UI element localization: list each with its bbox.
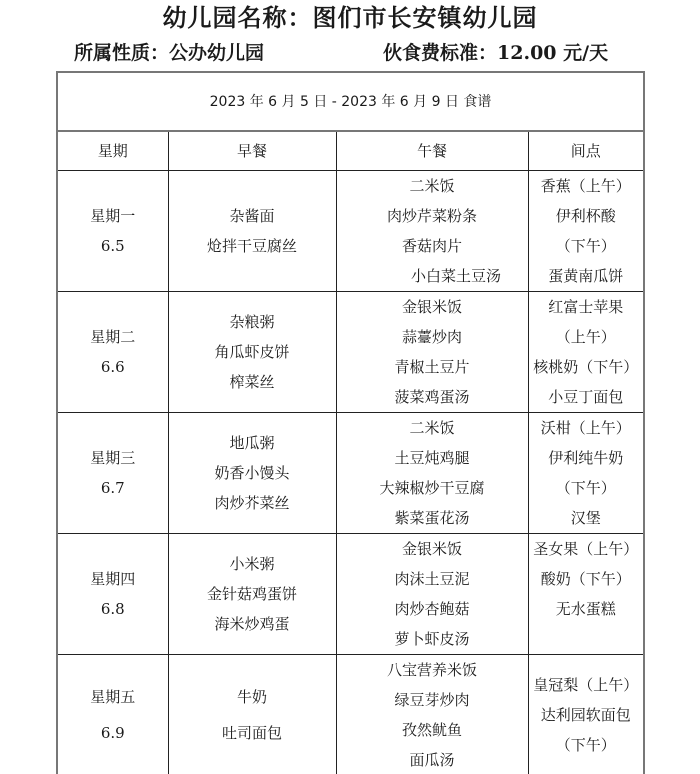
lunch-item: 青椒土豆片 — [337, 352, 528, 382]
snack-item: 伊利纯牛奶 — [529, 443, 644, 473]
table-row-monday: 星期一 6.5 杂酱面 炝拌干豆腐丝 二米饭 肉炒芹菜粉条 香菇肉片 小白菜土豆… — [57, 171, 644, 292]
lunch-item: 金银米饭 — [337, 534, 528, 564]
table-row-wednesday: 星期三 6.7 地瓜粥 奶香小馒头 肉炒芥菜丝 二米饭 土豆炖鸡腿 大辣椒炒干豆… — [57, 413, 644, 534]
snack-item: 圣女果（上午） — [529, 534, 644, 564]
snack-item: 伊利杯酸 — [529, 201, 644, 231]
breakfast-item: 牛奶 — [169, 679, 336, 715]
snack-item: 核桃奶（下午） — [529, 352, 644, 382]
snack-item: 沃柑（上午） — [529, 413, 644, 443]
lunch-item: 肉炒杏鲍菇 — [337, 594, 528, 624]
lunch-item: 蒜薹炒肉 — [337, 322, 528, 352]
snack-cell: 香蕉（上午） 伊利杯酸 （下午） 蛋黄南瓜饼 — [528, 171, 644, 292]
nature-value: 公办幼儿园 — [169, 42, 264, 64]
breakfast-item: 杂粮粥 — [169, 307, 336, 337]
weekday-date: 6.7 — [58, 473, 168, 503]
breakfast-item: 杂酱面 — [169, 201, 336, 231]
meal-fee-standard: 伙食费标准：12.00 元/天 — [383, 39, 608, 67]
lunch-item: 肉沫土豆泥 — [337, 564, 528, 594]
breakfast-cell: 杂粮粥 角瓜虾皮饼 榨菜丝 — [168, 292, 336, 413]
lunch-item: 土豆炖鸡腿 — [337, 443, 528, 473]
date-range-title: 2023 年 6 月 5 日 - 2023 年 6 月 9 日 食谱 — [57, 72, 644, 131]
weekday-label: 星期五 — [58, 679, 168, 715]
column-header-row: 星期 早餐 午餐 间点 — [57, 131, 644, 171]
fee-value: 12.00 — [497, 42, 557, 64]
breakfast-cell: 地瓜粥 奶香小馒头 肉炒芥菜丝 — [168, 413, 336, 534]
snack-cell: 皇冠梨（上午） 达利园软面包 （下午） — [528, 655, 644, 774]
weekday-label: 星期四 — [58, 564, 168, 594]
weekday-date: 6.6 — [58, 352, 168, 382]
lunch-item: 二米饭 — [337, 413, 528, 443]
weekday-cell: 星期五 6.9 — [57, 655, 168, 774]
weekday-date: 6.8 — [58, 594, 168, 624]
lunch-item: 孜然鱿鱼 — [337, 715, 528, 745]
lunch-cell: 二米饭 土豆炖鸡腿 大辣椒炒干豆腐 紫菜蛋花汤 — [336, 413, 528, 534]
breakfast-item: 炝拌干豆腐丝 — [169, 231, 336, 261]
weekday-date: 6.5 — [58, 231, 168, 261]
column-header-snack: 间点 — [528, 131, 644, 171]
lunch-item: 面瓜汤 — [337, 745, 528, 774]
fee-unit: 元/天 — [557, 42, 609, 64]
table-row-thursday: 星期四 6.8 小米粥 金针菇鸡蛋饼 海米炒鸡蛋 金银米饭 肉沫土豆泥 肉炒杏鲍… — [57, 534, 644, 655]
weekday-cell: 星期一 6.5 — [57, 171, 168, 292]
weekday-cell: 星期四 6.8 — [57, 534, 168, 655]
snack-item: 汉堡 — [529, 503, 644, 533]
table-row-tuesday: 星期二 6.6 杂粮粥 角瓜虾皮饼 榨菜丝 金银米饭 蒜薹炒肉 青椒土豆片 菠菜… — [57, 292, 644, 413]
fee-label: 伙食费标准： — [383, 42, 497, 64]
column-header-breakfast: 早餐 — [168, 131, 336, 171]
snack-item: 酸奶（下午） — [529, 564, 644, 594]
lunch-item: 香菇肉片 — [337, 231, 528, 261]
table-row-friday: 星期五 6.9 牛奶 吐司面包 八宝营养米饭 绿豆芽炒肉 孜然鱿鱼 面瓜汤 皇冠… — [57, 655, 644, 774]
lunch-item: 肉炒芹菜粉条 — [337, 201, 528, 231]
snack-item: 蛋黄南瓜饼 — [529, 261, 644, 291]
snack-item: 达利园软面包 — [529, 700, 644, 730]
lunch-item: 萝卜虾皮汤 — [337, 624, 528, 654]
lunch-item: 紫菜蛋花汤 — [337, 503, 528, 533]
breakfast-item: 地瓜粥 — [169, 428, 336, 458]
breakfast-item: 金针菇鸡蛋饼 — [169, 579, 336, 609]
snack-item: 小豆丁面包 — [529, 382, 644, 412]
weekday-label: 星期一 — [58, 201, 168, 231]
snack-item: 香蕉（上午） — [529, 171, 644, 201]
lunch-item: 绿豆芽炒肉 — [337, 685, 528, 715]
snack-cell: 红富士苹果 （上午） 核桃奶（下午） 小豆丁面包 — [528, 292, 644, 413]
kindergarten-title: 幼儿园名称：图们市长安镇幼儿园 — [0, 2, 700, 34]
breakfast-item: 肉炒芥菜丝 — [169, 488, 336, 518]
breakfast-item: 奶香小馒头 — [169, 458, 336, 488]
lunch-item: 二米饭 — [337, 171, 528, 201]
kindergarten-nature: 所属性质：公办幼儿园 — [74, 39, 264, 67]
snack-item: 无水蛋糕 — [529, 594, 644, 624]
weekly-menu-table: 2023 年 6 月 5 日 - 2023 年 6 月 9 日 食谱 星期 早餐… — [56, 71, 645, 774]
snack-cell: 沃柑（上午） 伊利纯牛奶 （下午） 汉堡 — [528, 413, 644, 534]
breakfast-cell: 小米粥 金针菇鸡蛋饼 海米炒鸡蛋 — [168, 534, 336, 655]
weekday-date: 6.9 — [58, 715, 168, 751]
column-header-lunch: 午餐 — [336, 131, 528, 171]
snack-item: 皇冠梨（上午） — [529, 670, 644, 700]
lunch-item: 小白菜土豆汤 — [337, 261, 528, 291]
breakfast-item: 角瓜虾皮饼 — [169, 337, 336, 367]
breakfast-item: 榨菜丝 — [169, 367, 336, 397]
snack-item: 红富士苹果 — [529, 292, 644, 322]
lunch-item: 菠菜鸡蛋汤 — [337, 382, 528, 412]
breakfast-item: 小米粥 — [169, 549, 336, 579]
column-header-weekday: 星期 — [57, 131, 168, 171]
breakfast-item: 吐司面包 — [169, 715, 336, 751]
breakfast-cell: 牛奶 吐司面包 — [168, 655, 336, 774]
lunch-item: 大辣椒炒干豆腐 — [337, 473, 528, 503]
weekday-cell: 星期三 6.7 — [57, 413, 168, 534]
snack-item: （上午） — [529, 322, 644, 352]
breakfast-item: 海米炒鸡蛋 — [169, 609, 336, 639]
snack-item: （下午） — [529, 231, 644, 261]
lunch-item: 金银米饭 — [337, 292, 528, 322]
nature-label: 所属性质： — [74, 42, 169, 64]
lunch-cell: 二米饭 肉炒芹菜粉条 香菇肉片 小白菜土豆汤 — [336, 171, 528, 292]
snack-item: （下午） — [529, 473, 644, 503]
snack-item: （下午） — [529, 730, 644, 760]
breakfast-cell: 杂酱面 炝拌干豆腐丝 — [168, 171, 336, 292]
weekday-cell: 星期二 6.6 — [57, 292, 168, 413]
date-range-row: 2023 年 6 月 5 日 - 2023 年 6 月 9 日 食谱 — [57, 72, 644, 131]
lunch-cell: 金银米饭 肉沫土豆泥 肉炒杏鲍菇 萝卜虾皮汤 — [336, 534, 528, 655]
lunch-item: 八宝营养米饭 — [337, 655, 528, 685]
snack-cell: 圣女果（上午） 酸奶（下午） 无水蛋糕 — [528, 534, 644, 655]
weekday-label: 星期三 — [58, 443, 168, 473]
lunch-cell: 八宝营养米饭 绿豆芽炒肉 孜然鱿鱼 面瓜汤 — [336, 655, 528, 774]
lunch-cell: 金银米饭 蒜薹炒肉 青椒土豆片 菠菜鸡蛋汤 — [336, 292, 528, 413]
weekday-label: 星期二 — [58, 322, 168, 352]
